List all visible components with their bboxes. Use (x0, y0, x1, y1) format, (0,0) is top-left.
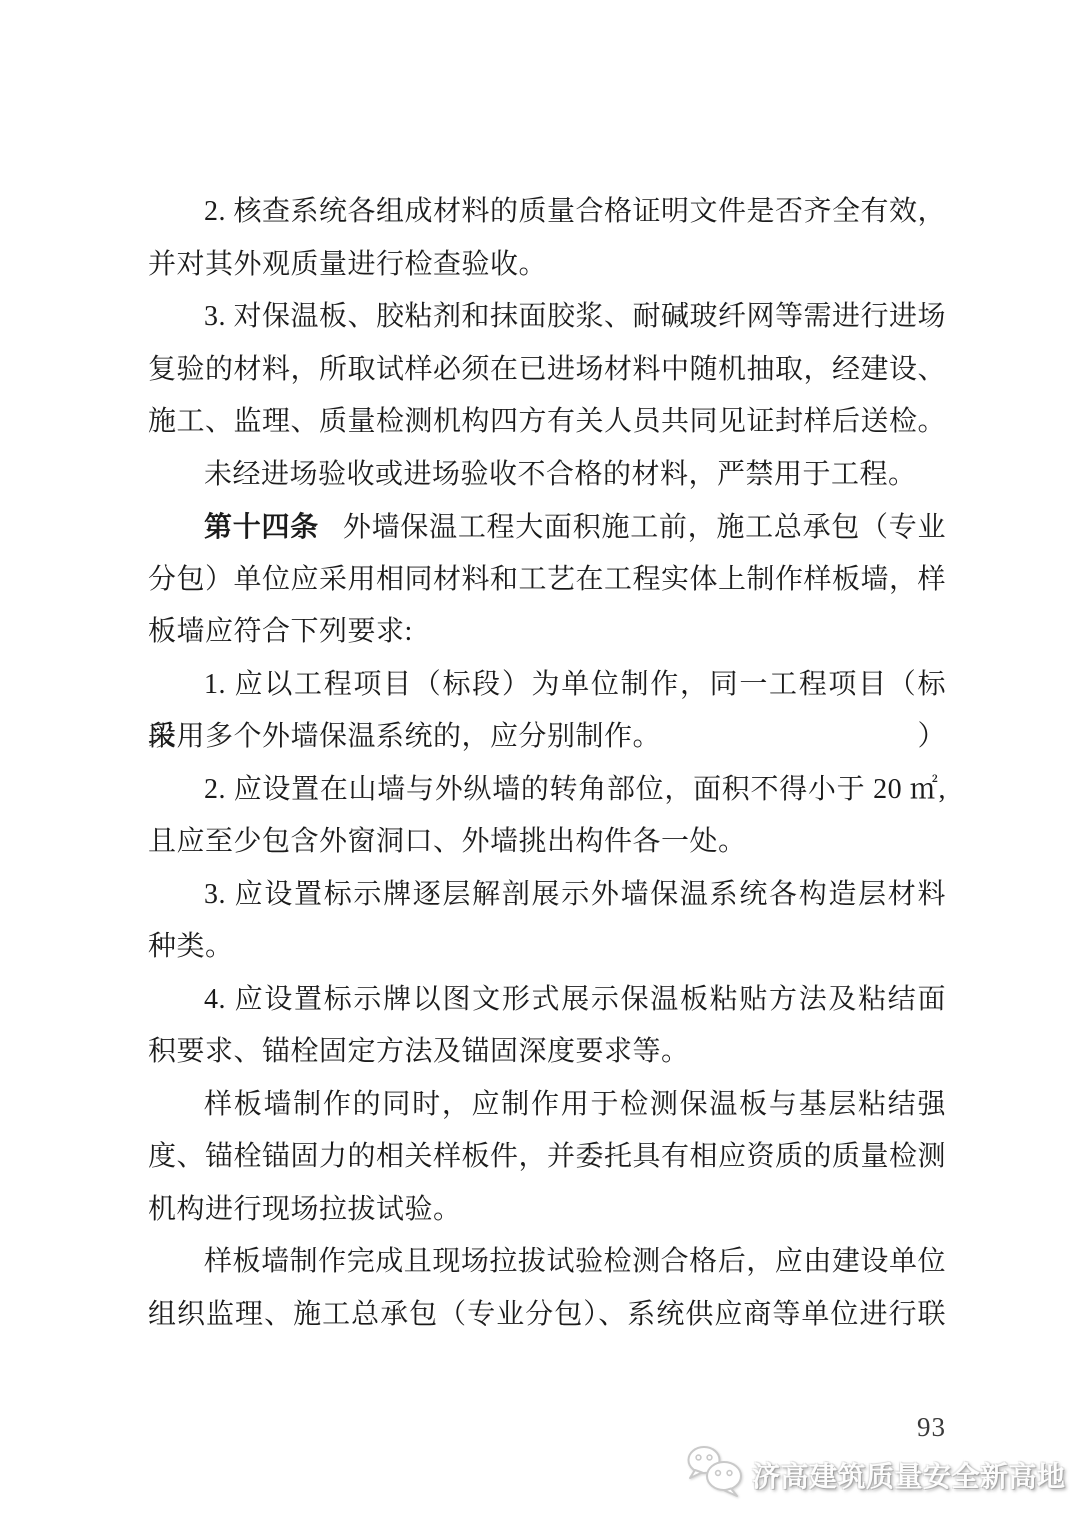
document-body: 2. 核查系统各组成材料的质量合格证明文件是否齐全有效， 并对其外观质量进行检查… (148, 186, 946, 1341)
text-line: 2. 应设置在山墙与外纵墙的转角部位，面积不得小于 20 ㎡, (148, 764, 946, 817)
text-line: 板墙应符合下列要求: (148, 606, 946, 659)
text-line: 样板墙制作的同时，应制作用于检测保温板与基层粘结强 (148, 1079, 946, 1132)
text-line: 样板墙制作完成且现场拉拔试验检测合格后，应由建设单位 (148, 1236, 946, 1289)
text-line: 度、锚栓锚固力的相关样板件，并委托具有相应资质的质量检测 (148, 1131, 946, 1184)
text-line-article-14: 第十四条外墙保温工程大面积施工前，施工总承包（专业 (148, 501, 946, 554)
text-line: 复验的材料，所取试样必须在已进场材料中随机抽取，经建设、 (148, 344, 946, 397)
watermark-text: 济高建筑质量安全新高地 (752, 1455, 1066, 1495)
watermark: 济高建筑质量安全新高地 (686, 1444, 1066, 1505)
text-line: 积要求、锚栓固定方法及锚固深度要求等。 (148, 1026, 946, 1079)
text-line: 2. 核查系统各组成材料的质量合格证明文件是否齐全有效， (148, 186, 946, 239)
text-line: 分包）单位应采用相同材料和工艺在工程实体上制作样板墙，样 (148, 554, 946, 607)
text-line: 且应至少包含外窗洞口、外墙挑出构件各一处。 (148, 816, 946, 869)
text-line: 组织监理、施工总承包（专业分包）、系统供应商等单位进行联 (148, 1289, 946, 1342)
text-line: 1. 应以工程项目（标段）为单位制作，同一工程项目（标段） (148, 659, 946, 712)
text-line: 施工、监理、质量检测机构四方有关人员共同见证封样后送检。 (148, 396, 946, 449)
text-line: 并对其外观质量进行检查验收。 (148, 239, 946, 292)
wechat-bubbles-icon (686, 1444, 744, 1505)
article-body-text: 外墙保温工程大面积施工前，施工总承包（专业 (343, 512, 946, 543)
article-number-heading: 第十四条 (204, 511, 319, 542)
text-line: 3. 对保温板、胶粘剂和抹面胶浆、耐碱玻纤网等需进行进场 (148, 291, 946, 344)
text-line: 4. 应设置标示牌以图文形式展示保温板粘贴方法及粘结面 (148, 974, 946, 1027)
page-number: 93 (148, 1412, 946, 1443)
text-line: 3. 应设置标示牌逐层解剖展示外墙保温系统各构造层材料 (148, 869, 946, 922)
text-line: 种类。 (148, 921, 946, 974)
text-line: 机构进行现场拉拔试验。 (148, 1184, 946, 1237)
document-page: 2. 核查系统各组成材料的质量合格证明文件是否齐全有效， 并对其外观质量进行检查… (0, 0, 1080, 1527)
text-line: 未经进场验收或进场验收不合格的材料，严禁用于工程。 (148, 449, 946, 502)
